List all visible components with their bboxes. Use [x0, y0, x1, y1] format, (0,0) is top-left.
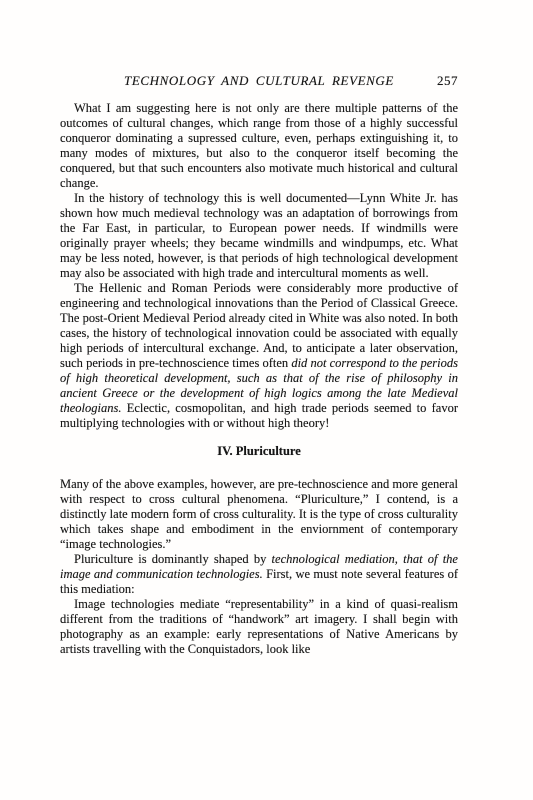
running-header-title: TECHNOLOGY AND CULTURAL REVENGE: [60, 73, 458, 89]
paragraph-text: Image technologies mediate “representabi…: [60, 597, 458, 656]
running-header: TECHNOLOGY AND CULTURAL REVENGE 257: [60, 73, 458, 89]
section-heading-pluriculture: IV. Pluriculture: [60, 444, 458, 459]
paragraph-text: In the history of technology this is wel…: [60, 191, 458, 280]
paragraph-hellenic-roman-periods: The Hellenic and Roman Periods were cons…: [60, 281, 458, 431]
paragraph-text: Many of the above examples, however, are…: [60, 477, 458, 551]
book-page: TECHNOLOGY AND CULTURAL REVENGE 257 What…: [0, 0, 533, 800]
paragraph-image-technologies: Image technologies mediate “representabi…: [60, 597, 458, 657]
paragraph-history-of-technology: In the history of technology this is wel…: [60, 191, 458, 281]
paragraph-technological-mediation: Pluriculture is dominantly shaped by tec…: [60, 552, 458, 597]
page-number: 257: [437, 73, 458, 89]
paragraph-pluriculture-definition: Many of the above examples, however, are…: [60, 477, 458, 552]
paragraph-text: Pluriculture is dominantly shaped by: [74, 552, 272, 566]
text-block: What I am suggesting here is not only ar…: [60, 101, 458, 657]
paragraph-text: What I am suggesting here is not only ar…: [60, 101, 458, 190]
paragraph-cultural-changes: What I am suggesting here is not only ar…: [60, 101, 458, 191]
